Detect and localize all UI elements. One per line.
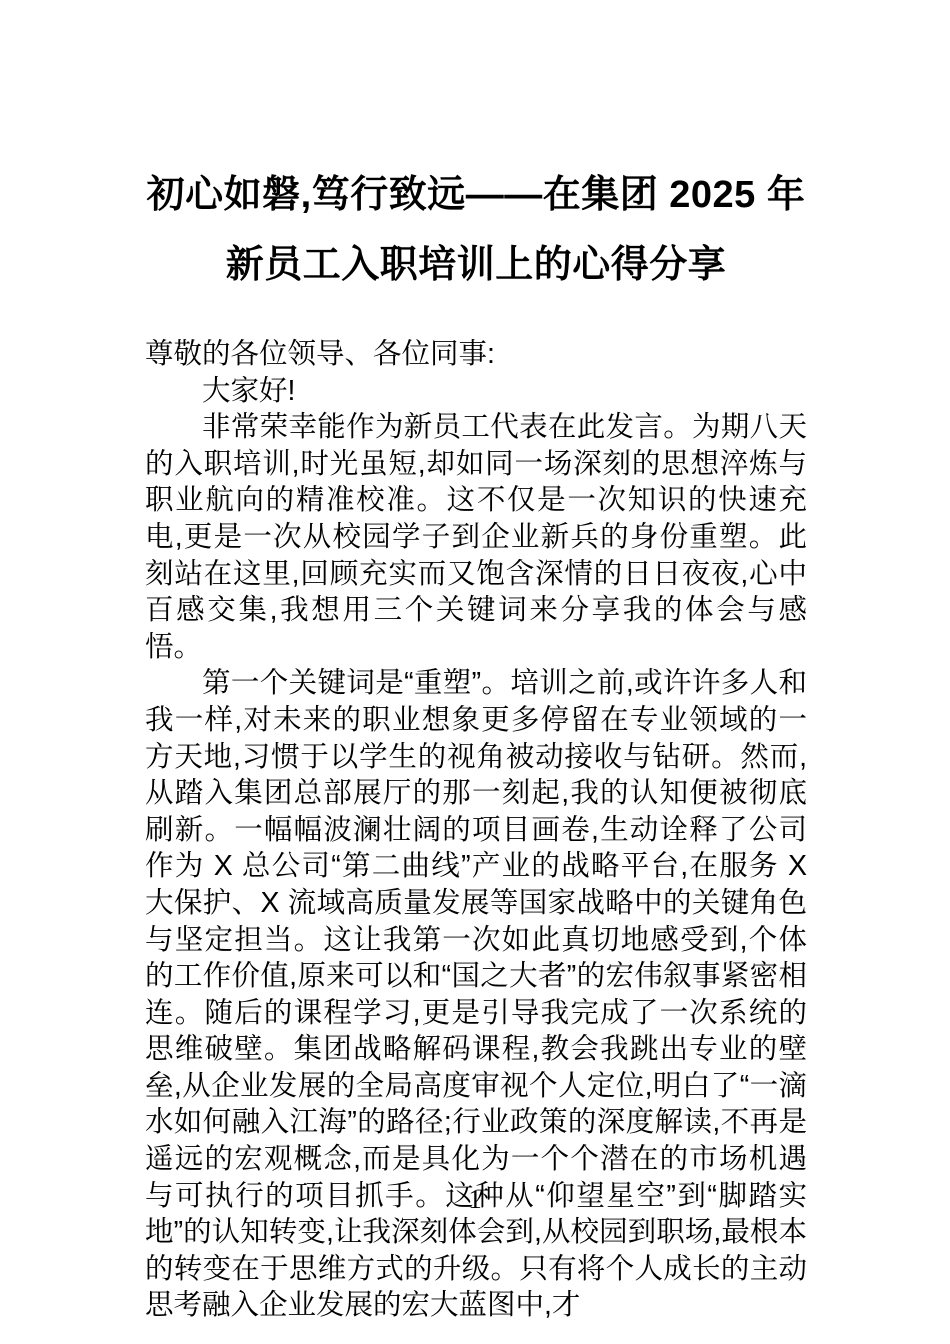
salutation-line: 尊敬的各位领导、各位同事: <box>145 336 807 373</box>
document-page: 初心如磐,笃行致远——在集团 2025 年新员工入职培训上的心得分享 尊敬的各位… <box>0 0 950 1344</box>
document-body: 尊敬的各位领导、各位同事: 大家好! 非常荣幸能作为新员工代表在此发言。为期八天… <box>145 336 807 1324</box>
document-content: 初心如磐,笃行致远——在集团 2025 年新员工入职培训上的心得分享 尊敬的各位… <box>145 0 807 1324</box>
greeting-line: 大家好! <box>145 373 807 410</box>
page-number: 1 <box>468 1184 482 1214</box>
page-footer: 1 <box>0 1184 950 1215</box>
paragraph-intro: 非常荣幸能作为新员工代表在此发言。为期八天的入职培训,时光虽短,却如同一场深刻的… <box>145 409 807 665</box>
paragraph-keyword-one: 第一个关键词是“重塑”。培训之前,或许许多人和我一样,对未来的职业想象更多停留在… <box>145 665 807 1324</box>
document-title: 初心如磐,笃行致远——在集团 2025 年新员工入职培训上的心得分享 <box>145 160 807 300</box>
